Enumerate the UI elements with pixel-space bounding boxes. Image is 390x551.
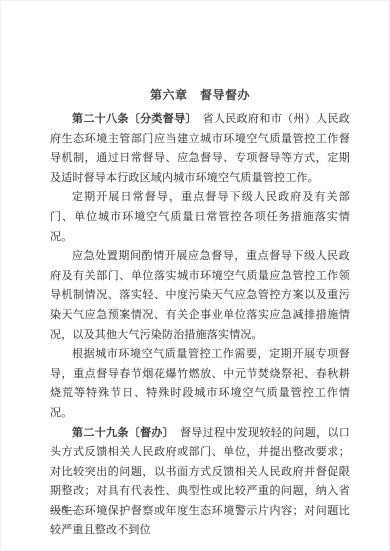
paragraph-text: 定期开展日常督导，重点督导下级人民政府及有关部门、单位城市环境空气质量日常管控各… xyxy=(50,191,350,242)
paragraph-text: 应急处置期间酌情开展应急督导，重点督导下级人民政府及有关部门、单位落实城市环境空… xyxy=(50,250,350,340)
paragraph-text: 根据城市环境空气质量管控工作需要，定期开展专项督导，重点督导春节烟花爆竹燃放、中… xyxy=(50,348,350,419)
article-28-lead: 第二十八条〔分类督导〕 xyxy=(72,113,191,125)
page-number: —8— xyxy=(50,503,78,517)
article-29-lead: 第二十九条〔督办〕 xyxy=(72,427,169,439)
paragraph-daily-supervision: 定期开展日常督导，重点督导下级人民政府及有关部门、单位城市环境空气质量日常管控各… xyxy=(50,188,350,247)
paragraph-emergency-supervision: 应急处置期间酌情开展应急督导，重点督导下级人民政府及有关部门、单位落实城市环境空… xyxy=(50,247,350,345)
paragraph-article-29: 第二十九条〔督办〕 督导过程中发现较轻的问题，以口头方式反馈相关人民政府或部门、… xyxy=(50,424,350,542)
chapter-heading: 第六章 督导督办 xyxy=(50,88,350,102)
paragraph-special-supervision: 根据城市环境空气质量管控工作需要，定期开展专项督导，重点督导春节烟花爆竹燃放、中… xyxy=(50,345,350,423)
document-page: 第六章 督导督办 第二十八条〔分类督导〕 省人民政府和市（州）人民政府生态环境主… xyxy=(0,0,390,551)
paragraph-article-28: 第二十八条〔分类督导〕 省人民政府和市（州）人民政府生态环境主管部门应当建立城市… xyxy=(50,110,350,188)
document-body: 第六章 督导督办 第二十八条〔分类督导〕 省人民政府和市（州）人民政府生态环境主… xyxy=(50,88,350,541)
article-29-text: 督导过程中发现较轻的问题，以口头方式反馈相关人民政府或部门、单位，并提出整改要求… xyxy=(50,427,350,537)
